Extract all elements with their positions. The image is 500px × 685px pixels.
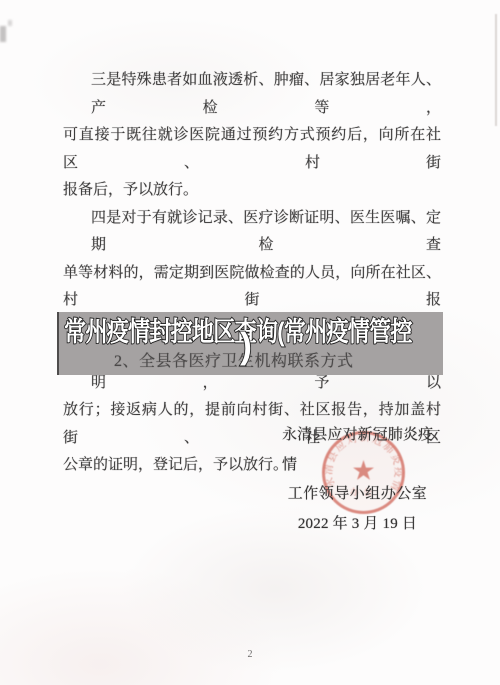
page-number: 2 [0, 649, 500, 660]
signature-date: 2022 年 3 月 19 日 [282, 510, 433, 540]
scanned-document-page: 三是特殊患者如血液透析、肿瘤、居家独居老年人、产检等， 可直接于既往就诊医院通过… [0, 0, 500, 685]
signature-org-line1: 永清县应对新冠肺炎疫情 [282, 421, 433, 480]
body-line: 三是特殊患者如血液透析、肿瘤、居家独居老年人、产检等， [63, 67, 441, 122]
signature-org-line2: 工作领导小组办公室 [282, 480, 433, 510]
body-line: 可直接于既往就诊医院通过预约方式预约后，向所在社区、村街 [63, 122, 441, 177]
overlay-title-line1: 常州疫情封控地区查询(常州疫情管控 [64, 310, 412, 349]
scan-edge-line [495, 14, 497, 126]
overlay-title-line2: ) [240, 328, 252, 364]
document-body: 三是特殊患者如血液透析、肿瘤、居家独居老年人、产检等， 可直接于既往就诊医院通过… [63, 67, 441, 480]
scan-smudge [0, 26, 6, 42]
body-line: 报备后，予以放行。 [63, 177, 441, 205]
body-line: 单等材料的，需定期到医院做检查的人员，向所在社区、村街报 [63, 260, 441, 315]
scan-smudge [8, 20, 12, 26]
body-line: 四是对于有就诊记录、医疗诊断证明、医生医嘱、定期检查 [63, 205, 441, 260]
signature-block: 永清县应对新冠肺炎疫情 工作领导小组办公室 2022 年 3 月 19 日 [282, 421, 433, 539]
document-subtitle: 2、全县各医疗卫生机构联系方式 [114, 348, 354, 371]
title-overlay-band: 2、全县各医疗卫生机构联系方式 常州疫情封控地区查询(常州疫情管控 ) [57, 312, 443, 375]
